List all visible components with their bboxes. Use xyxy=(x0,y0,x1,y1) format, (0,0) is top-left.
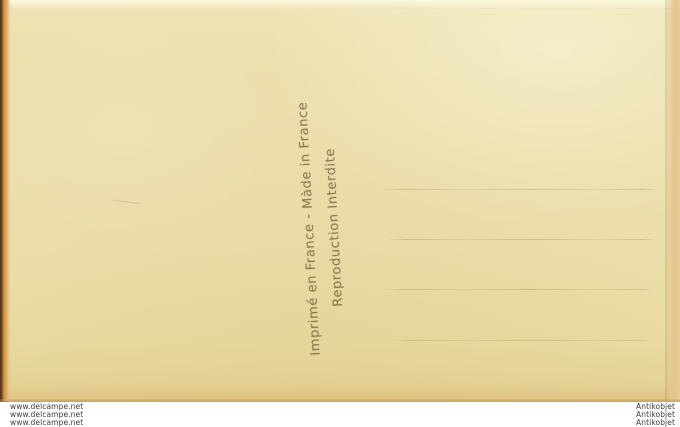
watermark-line: www.delcampe.net xyxy=(10,419,83,427)
address-line xyxy=(382,189,658,190)
watermark-left-column: www.delcampe.net www.delcampe.net www.de… xyxy=(10,403,83,427)
card-top-edge-highlight xyxy=(0,0,680,9)
address-line xyxy=(384,289,654,290)
postcard-back: Imprimé en France - Màde in France Repro… xyxy=(0,0,680,402)
postcard-scan: Imprimé en France - Màde in France Repro… xyxy=(0,0,680,427)
watermark-right-column: Antikobjet Antikobjet Antikobjet xyxy=(636,403,675,427)
printer-stamp-text: Imprimé en France - Màde in France Repro… xyxy=(290,100,353,357)
address-line xyxy=(392,340,654,341)
address-line xyxy=(386,239,658,240)
card-right-edge xyxy=(665,0,680,402)
scratch-mark xyxy=(106,198,148,205)
card-left-edge xyxy=(0,0,11,402)
watermark-strip: www.delcampe.net www.delcampe.net www.de… xyxy=(0,402,680,427)
watermark-line: Antikobjet xyxy=(636,419,675,427)
